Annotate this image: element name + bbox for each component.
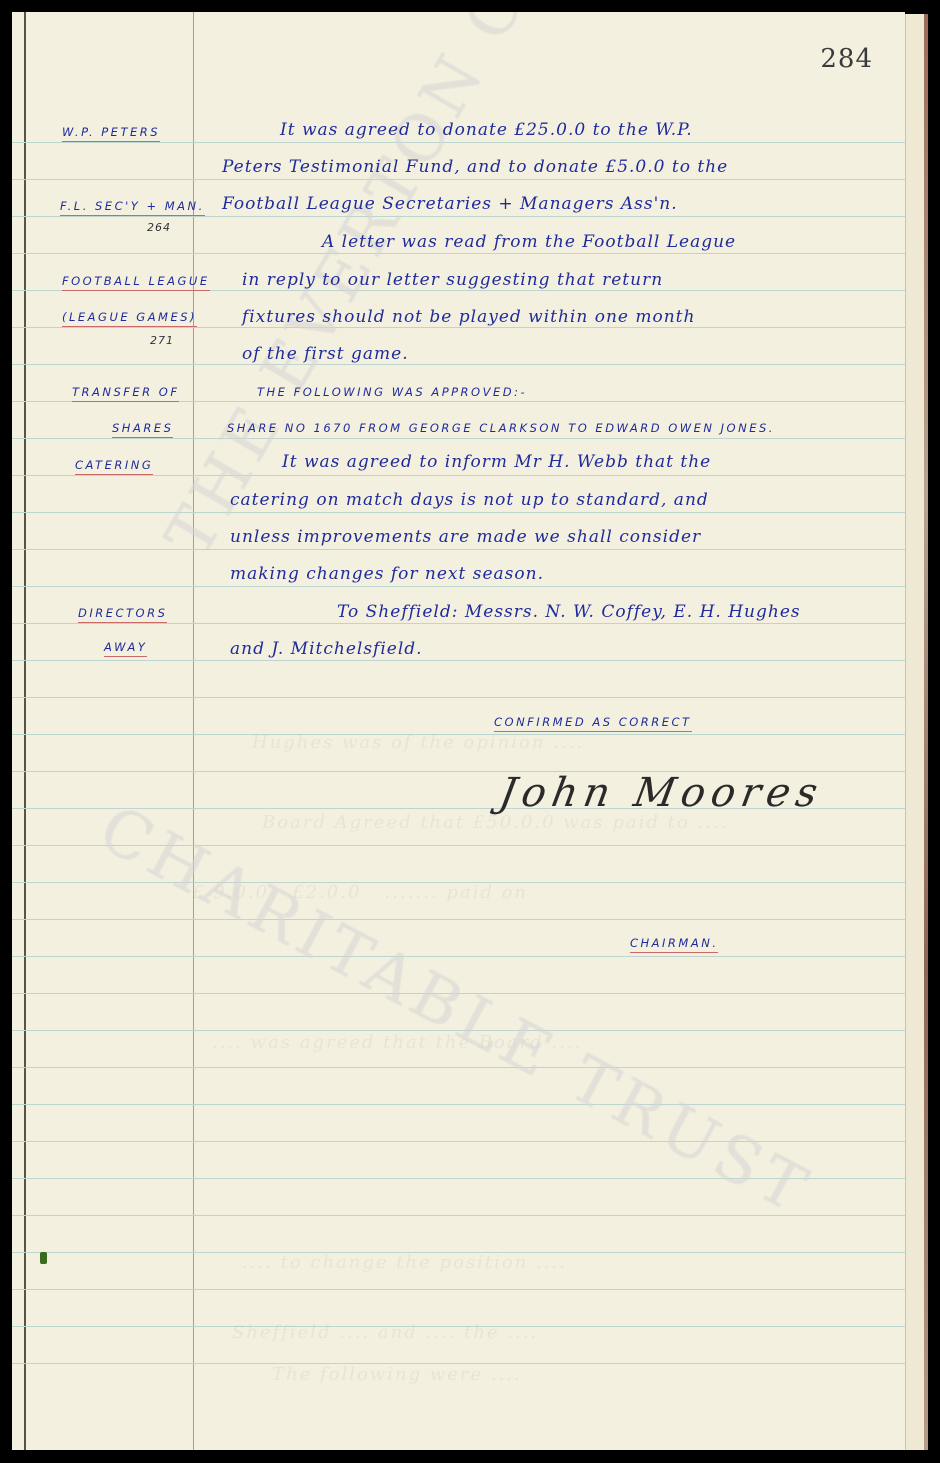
ruled-line — [12, 253, 905, 254]
ruled-line — [12, 660, 905, 661]
margin-rule — [193, 12, 194, 1450]
confirmed-as-correct: CONFIRMED AS CORRECT — [494, 715, 692, 732]
margin-note-football-league: FOOTBALL LEAGUE — [62, 274, 210, 291]
ruled-line — [12, 697, 905, 698]
margin-note-catering: CATERING — [75, 458, 153, 475]
margin-note-ref: 271 — [150, 334, 174, 347]
chairman-signature: John Moores — [496, 770, 827, 816]
ruled-line — [12, 1289, 905, 1290]
page-edge-gilding — [924, 14, 928, 1450]
minute-line: of the first game. — [242, 344, 409, 364]
ruled-line — [12, 1104, 905, 1105]
margin-note-away: AWAY — [104, 640, 147, 657]
ruled-line — [12, 179, 905, 180]
minute-line: catering on match days is not up to stan… — [230, 490, 709, 510]
ruled-line — [12, 956, 905, 957]
ruled-line — [12, 549, 905, 550]
minute-line: A letter was read from the Football Leag… — [322, 232, 736, 252]
ruled-line — [12, 475, 905, 476]
margin-note-shares: SHARES — [112, 421, 173, 438]
ruled-line — [12, 586, 905, 587]
ruled-line — [12, 364, 905, 365]
ruled-line — [12, 1067, 905, 1068]
show-through-text: Sheffield .... and .... the .... — [232, 1322, 538, 1343]
binding-line — [24, 12, 26, 1450]
show-through-text: Hughes was of the opinion .... — [252, 732, 584, 753]
show-through-text: The following were .... — [272, 1364, 522, 1385]
page-number: 284 — [820, 44, 873, 74]
margin-note-fl-secy: F.L. SEC'Y + MAN. — [60, 199, 205, 216]
ruled-line — [12, 327, 905, 328]
ruled-line — [12, 623, 905, 624]
ruled-line — [12, 512, 905, 513]
ink-stain — [40, 1252, 47, 1264]
margin-note-directors: DIRECTORS — [78, 606, 167, 623]
minute-line: To Sheffield: Messrs. N. W. Coffey, E. H… — [337, 602, 801, 622]
minute-line: making changes for next season. — [230, 564, 544, 584]
minute-line: THE FOLLOWING WAS APPROVED:- — [257, 385, 527, 399]
adjacent-page-edge — [905, 14, 928, 1450]
margin-note-transfer-of: TRANSFER OF — [72, 385, 179, 402]
watermark-text: CHARITABLE TRUST — [87, 792, 823, 1230]
minute-line: and J. Mitchelsfield. — [230, 639, 423, 659]
ledger-page: Hughes was of the opinion .... Board Agr… — [12, 12, 905, 1450]
ruled-line — [12, 216, 905, 217]
margin-note-league-games: (LEAGUE GAMES) — [62, 310, 197, 327]
margin-note-wp-peters: W.P. PETERS — [62, 125, 160, 142]
show-through-text: .... to change the position .... — [242, 1252, 567, 1273]
minute-line: It was agreed to inform Mr H. Webb that … — [282, 452, 711, 472]
minute-line: Football League Secretaries + Managers A… — [222, 194, 678, 214]
margin-note-ref: 264 — [147, 221, 171, 234]
minute-line: unless improvements are made we shall co… — [230, 527, 701, 547]
minute-line: It was agreed to donate £25.0.0 to the W… — [280, 120, 693, 140]
minute-line: in reply to our letter suggesting that r… — [242, 270, 663, 290]
chairman-title: CHAIRMAN. — [630, 936, 718, 953]
minute-line: fixtures should not be played within one… — [242, 307, 695, 327]
minute-line: Peters Testimonial Fund, and to donate £… — [222, 157, 728, 177]
minute-line: SHARE NO 1670 FROM GEORGE CLARKSON TO ED… — [227, 421, 775, 435]
ruled-line — [12, 919, 905, 920]
ruled-line — [12, 438, 905, 439]
